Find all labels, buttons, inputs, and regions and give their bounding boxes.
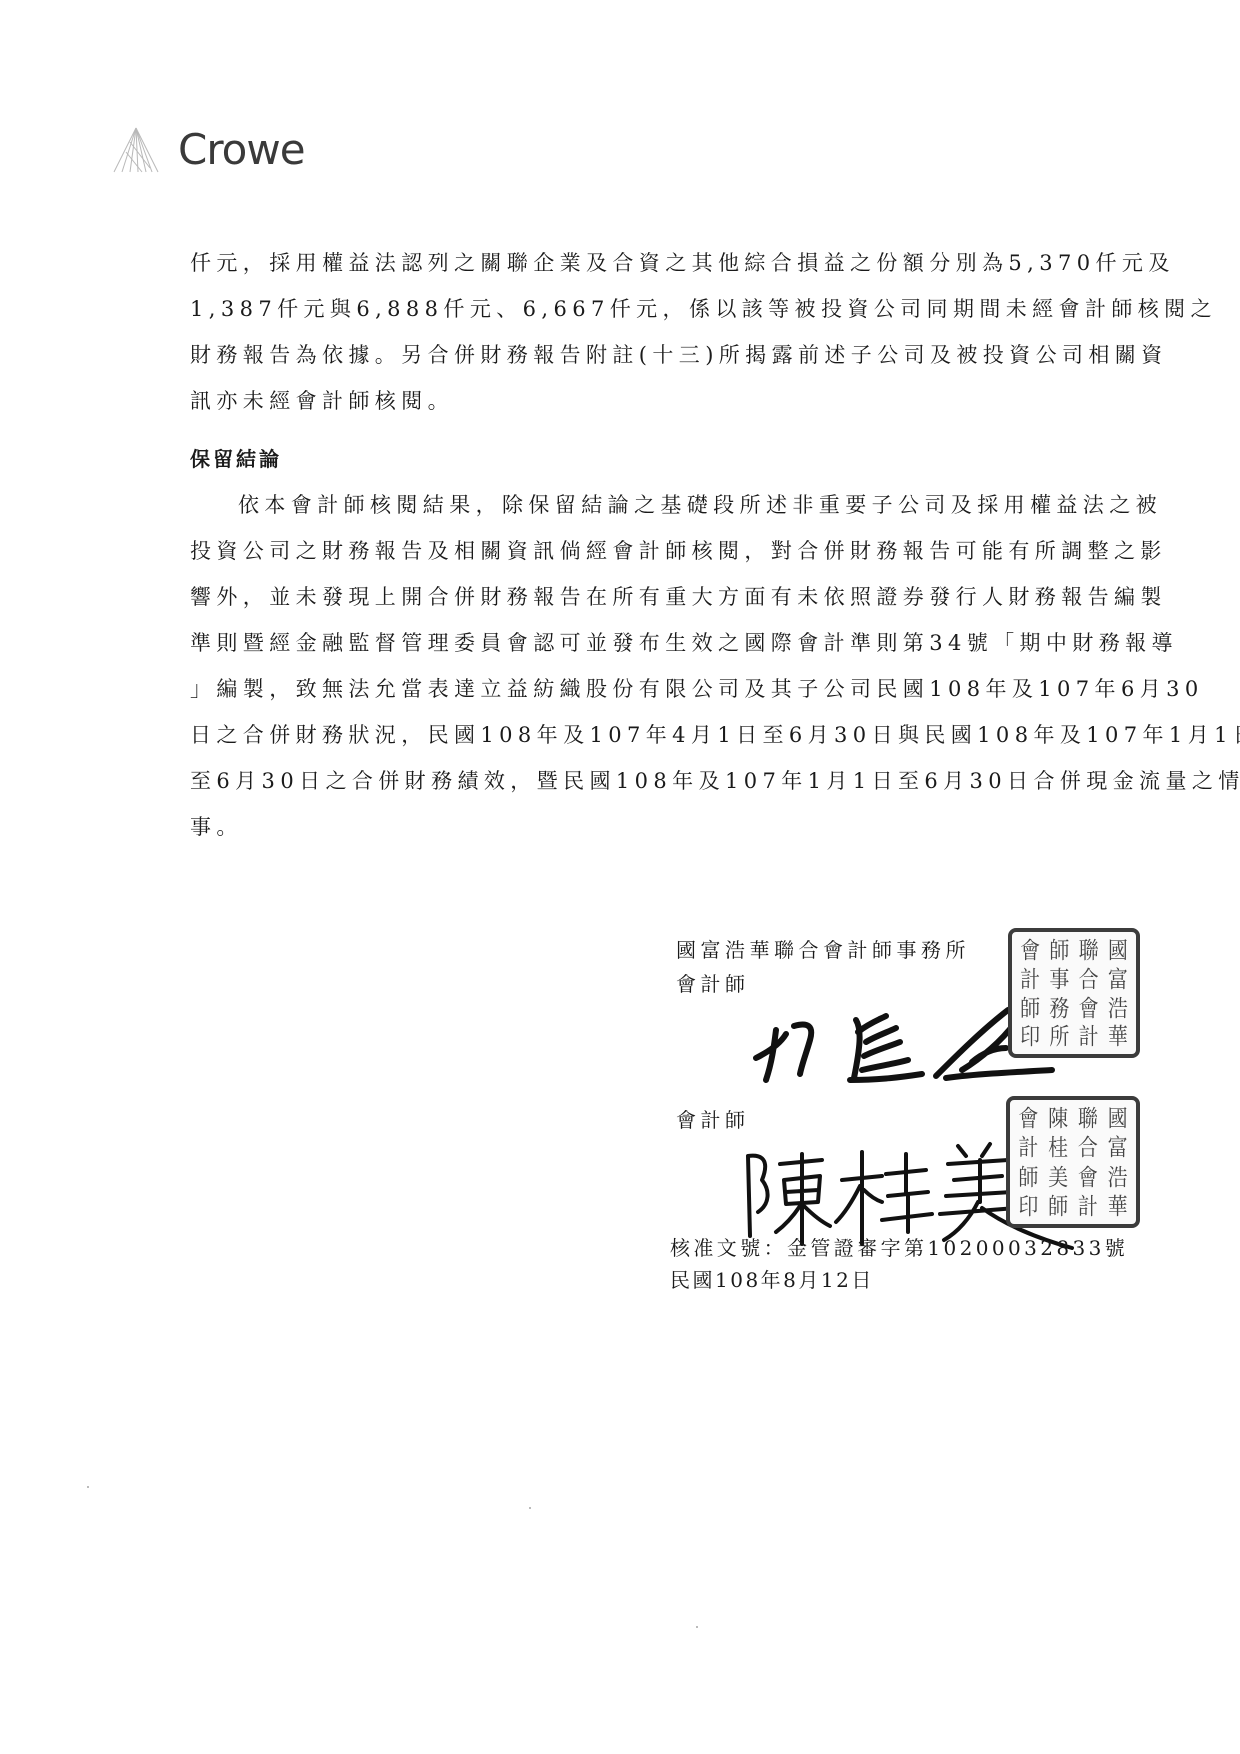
scan-artifact [529,1507,531,1509]
text-line: 至6月30日之合併財務績效，暨民國108年及107年1月1日至6月30日合併現金… [190,758,1110,804]
approval-number: 核准文號：金管證審字第10200032833號 [670,1238,1128,1258]
paragraph-basis-continued: 仟元，採用權益法認列之關聯企業及合資之其他綜合損益之份額分別為5,370仟元及 … [190,240,1110,424]
cpa-seal-1: 會 師 聯 國 計 事 合 富 師 務 會 浩 印 所 計 華 [1008,928,1140,1058]
report-body: 仟元，採用權益法認列之關聯企業及合資之其他綜合損益之份額分別為5,370仟元及 … [190,240,1110,850]
text-line: 投資公司之財務報告及相關資訊倘經會計師核閱，對合併財務報告可能有所調整之影 [190,528,1110,574]
text-line: 財務報告為依據。另合併財務報告附註(十三)所揭露前述子公司及被投資公司相關資 [190,332,1110,378]
text-line: 依本會計師核閱結果，除保留結論之基礎段所述非重要子公司及採用權益法之被 [190,482,1110,528]
logo-text: Crowe [178,129,305,171]
crowe-mountain-icon [112,126,160,174]
text-line: 訊亦未經會計師核閱。 [190,378,1110,424]
text-line: 事。 [190,804,1110,850]
cpa-label-1: 會計師 [676,974,750,994]
scan-artifact [87,1486,89,1488]
cpa-label-2: 會計師 [676,1110,750,1130]
scan-artifact [696,1626,698,1628]
text-line: 響外，並未發現上開合併財務報告在所有重大方面有未依照證券發行人財務報告編製 [190,574,1110,620]
text-line: 1,387仟元與6,888仟元、6,667仟元，係以該等被投資公司同期間未經會計… [190,286,1110,332]
paragraph-qualified-conclusion: 依本會計師核閱結果，除保留結論之基礎段所述非重要子公司及採用權益法之被 投資公司… [190,482,1110,850]
firm-name: 國富浩華聯合會計師事務所 [676,940,970,960]
text-line: 日之合併財務狀況，民國108年及107年4月1日至6月30日與民國108年及10… [190,712,1110,758]
text-line: 」編製，致無法允當表達立益紡織股份有限公司及其子公司民國108年及107年6月3… [190,666,1110,712]
signature-block: 國富浩華聯合會計師事務所 會計師 會 師 聯 國 計 事 合 富 師 務 會 浩… [676,940,1156,1300]
text-line: 仟元，採用權益法認列之關聯企業及合資之其他綜合損益之份額分別為5,370仟元及 [190,240,1110,286]
section-heading-qualified-conclusion: 保留結論 [190,436,1110,482]
text-line: 準則暨經金融監督管理委員會認可並發布生效之國際會計準則第34號「期中財務報導 [190,620,1110,666]
report-date: 民國108年8月12日 [670,1270,874,1290]
cpa-seal-2: 會 陳 聯 國 計 桂 合 富 師 美 會 浩 印 師 計 華 [1006,1096,1140,1228]
crowe-logo: Crowe [112,126,305,174]
